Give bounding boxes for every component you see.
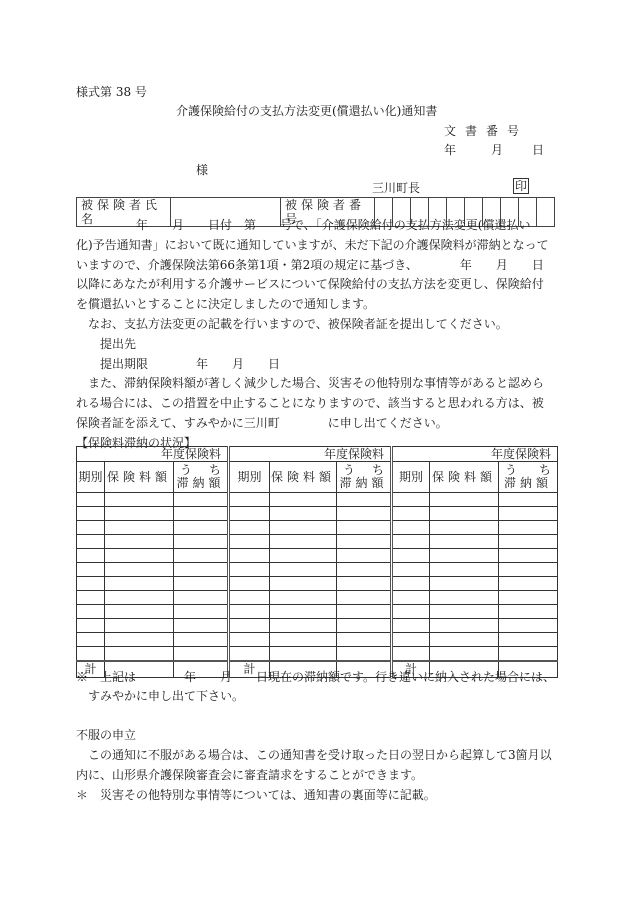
arrears-cell[interactable] [499,633,558,647]
premium-cell[interactable] [430,591,499,605]
arrears-cell[interactable] [499,591,558,605]
period-cell[interactable] [77,493,105,507]
arrears-header: うち滞納額 [174,462,229,493]
body-line: 保険者証を添えて、すみやかに三川町 に申し出てください。 [76,414,556,434]
premium-cell[interactable] [270,521,337,535]
period-cell[interactable] [392,591,430,605]
period-cell[interactable] [392,507,430,521]
arrears-cell[interactable] [337,493,392,507]
premium-cell[interactable] [270,633,337,647]
note-line: すみやかに申し出て下さい。 [76,687,556,706]
arrears-note: ※ 上記は 年 月 日現在の滞納額です。行き違いに納入された場合には、 すみやか… [76,668,556,706]
arrears-cell[interactable] [499,619,558,633]
premium-cell[interactable] [270,507,337,521]
month-label: 月 [474,141,520,158]
arrears-cell[interactable] [174,507,229,521]
premium-cell[interactable] [430,605,499,619]
period-cell[interactable] [77,577,105,591]
premium-cell[interactable] [430,493,499,507]
arrears-cell[interactable] [337,633,392,647]
arrears-cell[interactable] [337,605,392,619]
period-cell[interactable] [229,507,270,521]
premium-cell[interactable] [105,647,174,662]
arrears-header: うち滞納額 [337,462,392,493]
arrears-cell[interactable] [337,535,392,549]
arrears-cell[interactable] [499,521,558,535]
premium-cell[interactable] [105,605,174,619]
arrears-cell[interactable] [337,549,392,563]
body-line: 年 月 日付 第 号で、「介護保険給付の支払方法変更(償還払い [76,216,556,236]
arrears-cell[interactable] [337,507,392,521]
period-cell[interactable] [77,535,105,549]
arrears-cell[interactable] [174,535,229,549]
period-cell[interactable] [229,549,270,563]
period-cell[interactable] [77,521,105,535]
premium-cell[interactable] [430,633,499,647]
arrears-cell[interactable] [337,521,392,535]
table-row [77,535,558,549]
period-header: 期別 [229,462,270,493]
premium-cell[interactable] [105,549,174,563]
period-cell[interactable] [392,535,430,549]
arrears-cell[interactable] [499,507,558,521]
premium-cell[interactable] [270,563,337,577]
arrears-cell[interactable] [499,493,558,507]
fiscal-year-header: 年度保険料 [229,447,392,462]
premium-cell[interactable] [270,535,337,549]
premium-cell[interactable] [105,535,174,549]
document-title: 介護保険給付の支払方法変更(償還払い化)通知書 [176,102,437,119]
premium-cell[interactable] [105,633,174,647]
footnote: ＊ 災害その他特別な事情等については、通知書の裏面等に記載。 [76,785,556,805]
arrears-cell[interactable] [174,591,229,605]
arrears-cell[interactable] [499,647,558,662]
premium-cell[interactable] [430,563,499,577]
premium-cell[interactable] [430,647,499,662]
arrears-cell[interactable] [499,605,558,619]
premium-cell[interactable] [270,591,337,605]
period-cell[interactable] [392,521,430,535]
arrears-cell[interactable] [499,563,558,577]
period-cell[interactable] [392,647,430,662]
period-cell[interactable] [77,591,105,605]
issue-date: 年月日 [444,141,544,158]
arrears-cell[interactable] [337,591,392,605]
period-cell[interactable] [392,633,430,647]
year-label: 年 [444,141,474,158]
period-cell[interactable] [77,647,105,662]
period-cell[interactable] [77,605,105,619]
period-cell[interactable] [77,633,105,647]
arrears-cell[interactable] [499,577,558,591]
arrears-cell[interactable] [337,577,392,591]
body-line: 以降にあなたが利用する介護サービスについて保険給付の支払方法を変更し、保険給付 [76,275,556,295]
document-number-label: 文書番号 [444,122,528,139]
table-row [77,521,558,535]
premium-cell[interactable] [105,521,174,535]
fiscal-year-header: 年度保険料 [392,447,558,462]
submission-destination: 提出先 [76,335,556,355]
period-header: 期別 [392,462,430,493]
table-row [77,493,558,507]
table-row [77,633,558,647]
arrears-rows [77,493,558,662]
arrears-header: うち滞納額 [499,462,558,493]
premium-cell[interactable] [270,577,337,591]
appeal-line: この通知に不服がある場合は、この通知書を受け取った日の翌日から起算して3箇月以 [76,745,556,765]
arrears-cell[interactable] [174,549,229,563]
premium-cell[interactable] [430,507,499,521]
premium-cell[interactable] [105,591,174,605]
premium-cell[interactable] [430,549,499,563]
premium-cell[interactable] [105,577,174,591]
arrears-label: 滞納額 [504,476,552,490]
period-cell[interactable] [392,619,430,633]
form-number: 様式第 38 号 [76,83,147,100]
arrears-cell[interactable] [499,549,558,563]
period-cell[interactable] [229,633,270,647]
table-row [77,563,558,577]
fiscal-year-header: 年度保険料 [77,447,229,462]
table-row [77,591,558,605]
period-cell[interactable] [229,619,270,633]
table-row [77,619,558,633]
notice-body: 年 月 日付 第 号で、「介護保険給付の支払方法変更(償還払い 化)予告通知書」… [76,216,556,454]
period-cell[interactable] [229,521,270,535]
arrears-cell[interactable] [337,647,392,662]
premium-cell[interactable] [105,493,174,507]
period-header: 期別 [77,462,105,493]
premium-cell[interactable] [270,605,337,619]
body-line: れる場合には、この措置を中止することになりますので、該当すると思われる方は、被 [76,394,556,414]
arrears-label: 滞納額 [176,476,224,490]
premium-cell[interactable] [270,619,337,633]
premium-cell[interactable] [105,563,174,577]
table-row [77,577,558,591]
table-row [77,507,558,521]
premium-cell[interactable] [430,535,499,549]
period-cell[interactable] [77,563,105,577]
arrears-cell[interactable] [174,521,229,535]
premium-cell[interactable] [270,647,337,662]
period-cell[interactable] [229,605,270,619]
period-cell[interactable] [77,507,105,521]
premium-cell[interactable] [430,577,499,591]
body-line: を償還払いとすることに決定しましたので通知します。 [76,295,556,315]
premium-header: 保険料額 [105,462,174,493]
premium-cell[interactable] [270,549,337,563]
premium-header: 保険料額 [270,462,337,493]
note-line: ※ 上記は 年 月 日現在の滞納額です。行き違いに納入された場合には、 [76,668,556,687]
period-cell[interactable] [392,549,430,563]
period-cell[interactable] [229,647,270,662]
table-row [77,647,558,662]
premium-cell[interactable] [105,619,174,633]
period-cell[interactable] [229,535,270,549]
premium-cell[interactable] [270,493,337,507]
arrears-cell[interactable] [337,619,392,633]
day-label: 日 [520,141,544,158]
arrears-cell[interactable] [174,633,229,647]
body-line: 化)予告通知書」において既に通知していますが、未だ下記の介護保険料が滞納となって [76,236,556,256]
premium-header: 保険料額 [430,462,499,493]
arrears-cell[interactable] [174,647,229,662]
period-cell[interactable] [392,563,430,577]
arrears-cell[interactable] [174,605,229,619]
arrears-table: 年度保険料 年度保険料 年度保険料 期別 保険料額 うち滞納額 期別 保険料額 … [76,446,558,678]
arrears-cell[interactable] [174,493,229,507]
premium-cell[interactable] [430,521,499,535]
appeal-line: 内に、山形県介護保険審査会に審査請求をすることができます。 [76,765,556,785]
premium-cell[interactable] [430,619,499,633]
premium-cell[interactable] [105,507,174,521]
period-cell[interactable] [392,577,430,591]
body-line: また、滞納保険料額が著しく減少した場合、災害その他特別な事情等があると認めら [76,374,556,394]
issuer-name: 三川町長 [372,179,420,196]
arrears-cell[interactable] [174,563,229,577]
body-line: いますので、介護保険法第66条第1項・第2項の規定に基づき、 年 月 日 [76,256,556,276]
arrears-cell[interactable] [174,577,229,591]
arrears-label: 滞納額 [340,476,388,490]
seal-mark: 印 [513,178,529,194]
table-row [77,549,558,563]
appeal-section: 不服の申立 この通知に不服がある場合は、この通知書を受け取った日の翌日から起算し… [76,725,556,805]
submission-deadline: 提出期限 年 月 日 [76,355,556,375]
period-cell[interactable] [392,493,430,507]
addressee-honorific: 様 [196,161,208,178]
period-cell[interactable] [229,493,270,507]
appeal-heading: 不服の申立 [76,725,556,745]
period-cell[interactable] [229,591,270,605]
arrears-cell[interactable] [174,619,229,633]
period-cell[interactable] [229,563,270,577]
period-cell[interactable] [392,605,430,619]
period-cell[interactable] [229,577,270,591]
period-cell[interactable] [77,619,105,633]
body-line: なお、支払方法変更の記載を行いますので、被保険者証を提出してください。 [76,315,556,335]
arrears-cell[interactable] [337,563,392,577]
arrears-cell[interactable] [499,535,558,549]
period-cell[interactable] [77,549,105,563]
table-row [77,605,558,619]
